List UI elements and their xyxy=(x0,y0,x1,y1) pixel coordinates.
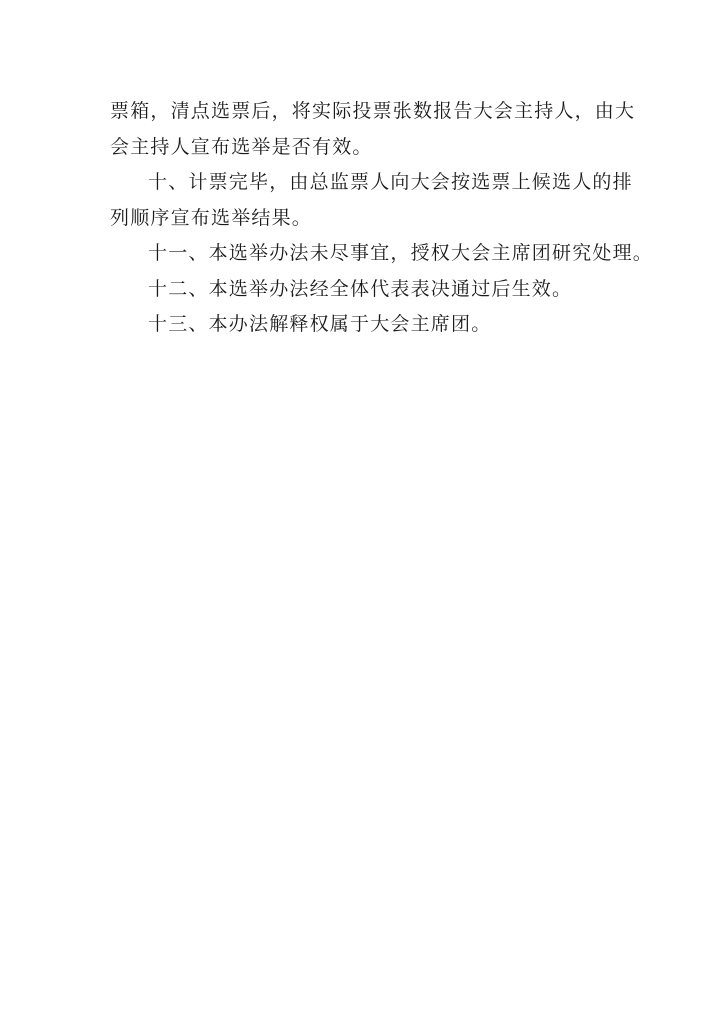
paragraph-item-12: 十二、本选举办法经全体代表表决通过后生效。 xyxy=(110,272,615,308)
text-line: 列顺序宣布选举结果。 xyxy=(110,201,615,237)
text-line: 十三、本办法解释权属于大会主席团。 xyxy=(110,307,615,343)
paragraph-item-10: 十、计票完毕，由总监票人向大会按选票上候选人的排 列顺序宣布选举结果。 xyxy=(110,165,615,236)
paragraph-continuation: 票箱，清点选票后，将实际投票张数报告大会主持人，由大 会主持人宣布选举是否有效。 xyxy=(110,94,615,165)
text-line: 票箱，清点选票后，将实际投票张数报告大会主持人，由大 xyxy=(110,94,615,130)
text-line: 十、计票完毕，由总监票人向大会按选票上候选人的排 xyxy=(110,165,615,201)
paragraph-item-11: 十一、本选举办法未尽事宜，授权大会主席团研究处理。 xyxy=(110,236,615,272)
document-body: 票箱，清点选票后，将实际投票张数报告大会主持人，由大 会主持人宣布选举是否有效。… xyxy=(110,94,615,343)
text-line: 会主持人宣布选举是否有效。 xyxy=(110,130,615,166)
document-page: 票箱，清点选票后，将实际投票张数报告大会主持人，由大 会主持人宣布选举是否有效。… xyxy=(0,0,720,1018)
text-line: 十二、本选举办法经全体代表表决通过后生效。 xyxy=(110,272,615,308)
text-line: 十一、本选举办法未尽事宜，授权大会主席团研究处理。 xyxy=(110,236,615,272)
paragraph-item-13: 十三、本办法解释权属于大会主席团。 xyxy=(110,307,615,343)
